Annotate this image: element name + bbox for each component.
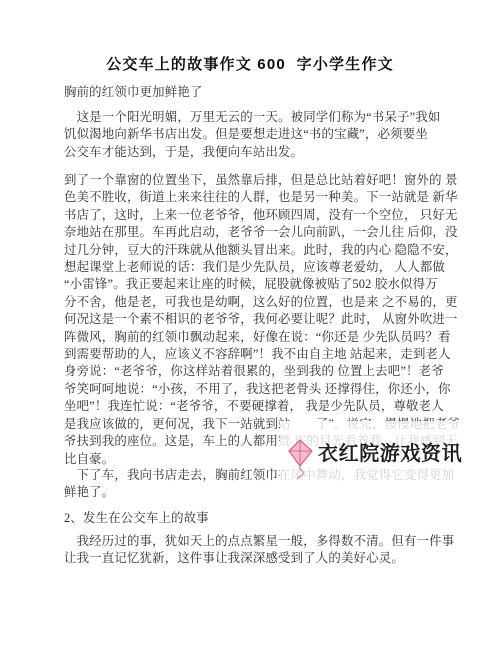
essay-paragraph-4: 我经历过的事，犹如天上的点点繁星一般，多得数不清。但有一件事 让我一直记忆犹新，…	[64, 533, 454, 568]
kite-icon	[286, 437, 316, 481]
watermark-overlay: 衣红院游戏资讯	[280, 421, 470, 494]
essay-page: 公交车上的故事作文 600 字小学生作文 胸前的红领巾更加鲜艳了 这是一个阳光明…	[0, 0, 500, 647]
page-title: 公交车上的故事作文 600 字小学生作文	[0, 53, 500, 74]
essay-subtitle: 胸前的红领巾更加鲜艳了	[64, 84, 203, 101]
essay-paragraph-1: 这是一个阳光明媚，万里无云的一天。被同学们称为“书呆子”我如 饥似渴地向新华书店…	[64, 109, 441, 161]
section-heading-2: 2、发生在公交车上的故事	[64, 510, 209, 527]
watermark-brand-text: 衣红院游戏资讯	[318, 437, 462, 466]
